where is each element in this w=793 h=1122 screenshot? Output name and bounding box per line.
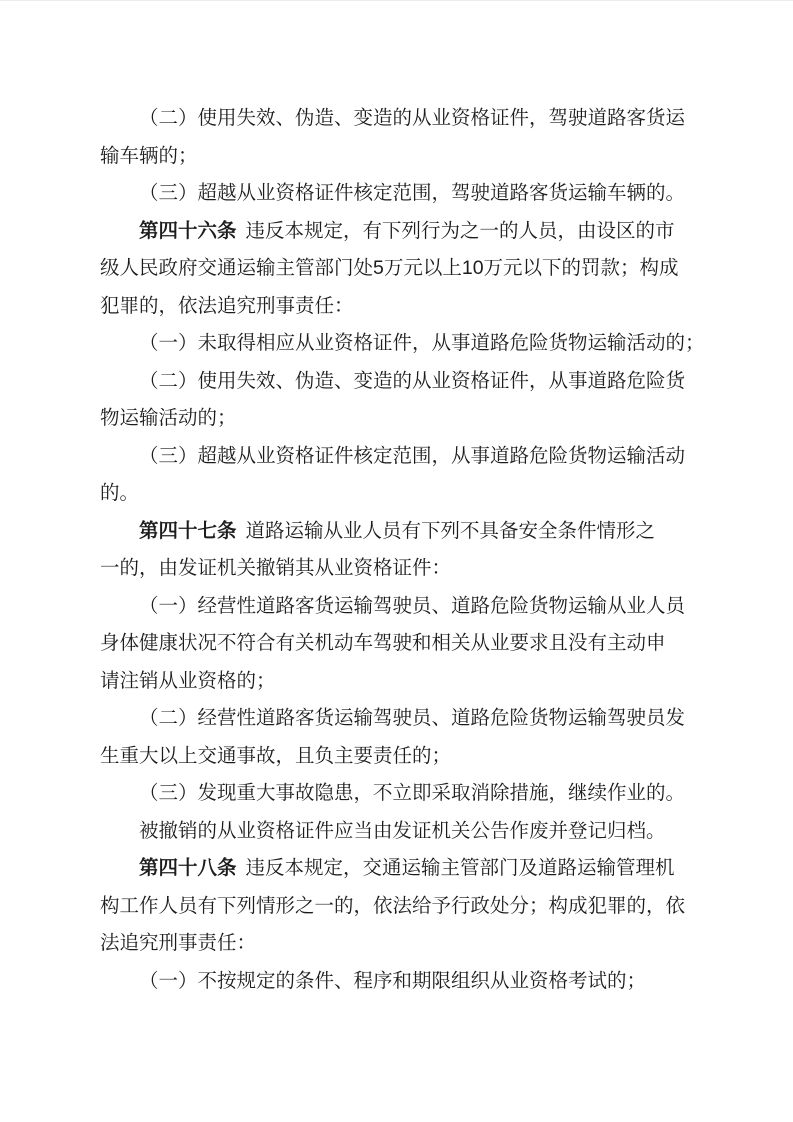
document-line: （三）发现重大事故隐患，不立即采取消除措施，继续作业的。: [100, 775, 700, 813]
document-line: （二）使用失效、伪造、变造的从业资格证件，从事道路危险货: [100, 363, 700, 401]
document-line: 被撤销的从业资格证件应当由发证机关公告作废并登记归档。: [100, 813, 700, 851]
document-body: （二）使用失效、伪造、变造的从业资格证件，驾驶道路客货运输车辆的；（三）超越从业…: [100, 100, 700, 1000]
document-line: （一）不按规定的条件、程序和期限组织从业资格考试的；: [100, 963, 700, 1001]
document-line: 法追究刑事责任：: [100, 925, 700, 963]
document-line: 第四十七条道路运输从业人员有下列不具备安全条件情形之: [100, 513, 700, 551]
clause-paragraph: （一）未取得相应从业资格证件，从事道路危险货物运输活动的；: [100, 325, 700, 363]
clause-paragraph: 被撤销的从业资格证件应当由发证机关公告作废并登记归档。: [100, 813, 700, 851]
document-line: 一的，由发证机关撤销其从业资格证件：: [100, 550, 700, 588]
document-line: 第四十六条违反本规定，有下列行为之一的人员，由设区的市: [100, 213, 700, 251]
document-page: （二）使用失效、伪造、变造的从业资格证件，驾驶道路客货运输车辆的；（三）超越从业…: [0, 0, 793, 1122]
document-line: 犯罪的，依法追究刑事责任：: [100, 288, 700, 326]
document-line: 第四十八条违反本规定，交通运输主管部门及道路运输管理机: [100, 850, 700, 888]
article-paragraph: 第四十八条违反本规定，交通运输主管部门及道路运输管理机构工作人员有下列情形之一的…: [100, 850, 700, 963]
document-line: 物运输活动的；: [100, 400, 700, 438]
document-line: 生重大以上交通事故，且负主要责任的；: [100, 738, 700, 776]
document-line: （二）使用失效、伪造、变造的从业资格证件，驾驶道路客货运: [100, 100, 700, 138]
clause-paragraph: （一）经营性道路客货运输驾驶员、道路危险货物运输从业人员身体健康状况不符合有关机…: [100, 588, 700, 701]
article-lead-text: 道路运输从业人员有下列不具备安全条件情形之: [246, 520, 656, 542]
document-line: （一）经营性道路客货运输驾驶员、道路危险货物运输从业人员: [100, 588, 700, 626]
article-number: 第四十六条: [139, 220, 237, 242]
document-line: （三）超越从业资格证件核定范围，驾驶道路客货运输车辆的。: [100, 175, 700, 213]
article-number: 第四十七条: [139, 520, 237, 542]
document-line: （一）未取得相应从业资格证件，从事道路危险货物运输活动的；: [100, 325, 700, 363]
clause-paragraph: （一）不按规定的条件、程序和期限组织从业资格考试的；: [100, 963, 700, 1001]
article-paragraph: 第四十七条道路运输从业人员有下列不具备安全条件情形之一的，由发证机关撤销其从业资…: [100, 513, 700, 588]
document-line: 输车辆的；: [100, 138, 700, 176]
document-line: 身体健康状况不符合有关机动车驾驶和相关从业要求且没有主动申: [100, 625, 700, 663]
clause-paragraph: （二）使用失效、伪造、变造的从业资格证件，从事道路危险货物运输活动的；: [100, 363, 700, 438]
article-lead-text: 违反本规定，有下列行为之一的人员，由设区的市: [246, 220, 675, 242]
document-line: 的。: [100, 475, 700, 513]
clause-paragraph: （三）超越从业资格证件核定范围，驾驶道路客货运输车辆的。: [100, 175, 700, 213]
article-number: 第四十八条: [139, 857, 237, 879]
clause-paragraph: （三）超越从业资格证件核定范围，从事道路危险货物运输活动的。: [100, 438, 700, 513]
document-line: （二）经营性道路客货运输驾驶员、道路危险货物运输驾驶员发: [100, 700, 700, 738]
document-line: （三）超越从业资格证件核定范围，从事道路危险货物运输活动: [100, 438, 700, 476]
document-line: 构工作人员有下列情形之一的，依法给予行政处分；构成犯罪的，依: [100, 888, 700, 926]
clause-paragraph: （三）发现重大事故隐患，不立即采取消除措施，继续作业的。: [100, 775, 700, 813]
clause-paragraph: （二）经营性道路客货运输驾驶员、道路危险货物运输驾驶员发生重大以上交通事故，且负…: [100, 700, 700, 775]
document-line: 级人民政府交通运输主管部门处5万元以上10万元以下的罚款；构成: [100, 250, 700, 288]
clause-paragraph: （二）使用失效、伪造、变造的从业资格证件，驾驶道路客货运输车辆的；: [100, 100, 700, 175]
article-lead-text: 违反本规定，交通运输主管部门及道路运输管理机: [246, 857, 675, 879]
document-line: 请注销从业资格的；: [100, 663, 700, 701]
article-paragraph: 第四十六条违反本规定，有下列行为之一的人员，由设区的市级人民政府交通运输主管部门…: [100, 213, 700, 326]
